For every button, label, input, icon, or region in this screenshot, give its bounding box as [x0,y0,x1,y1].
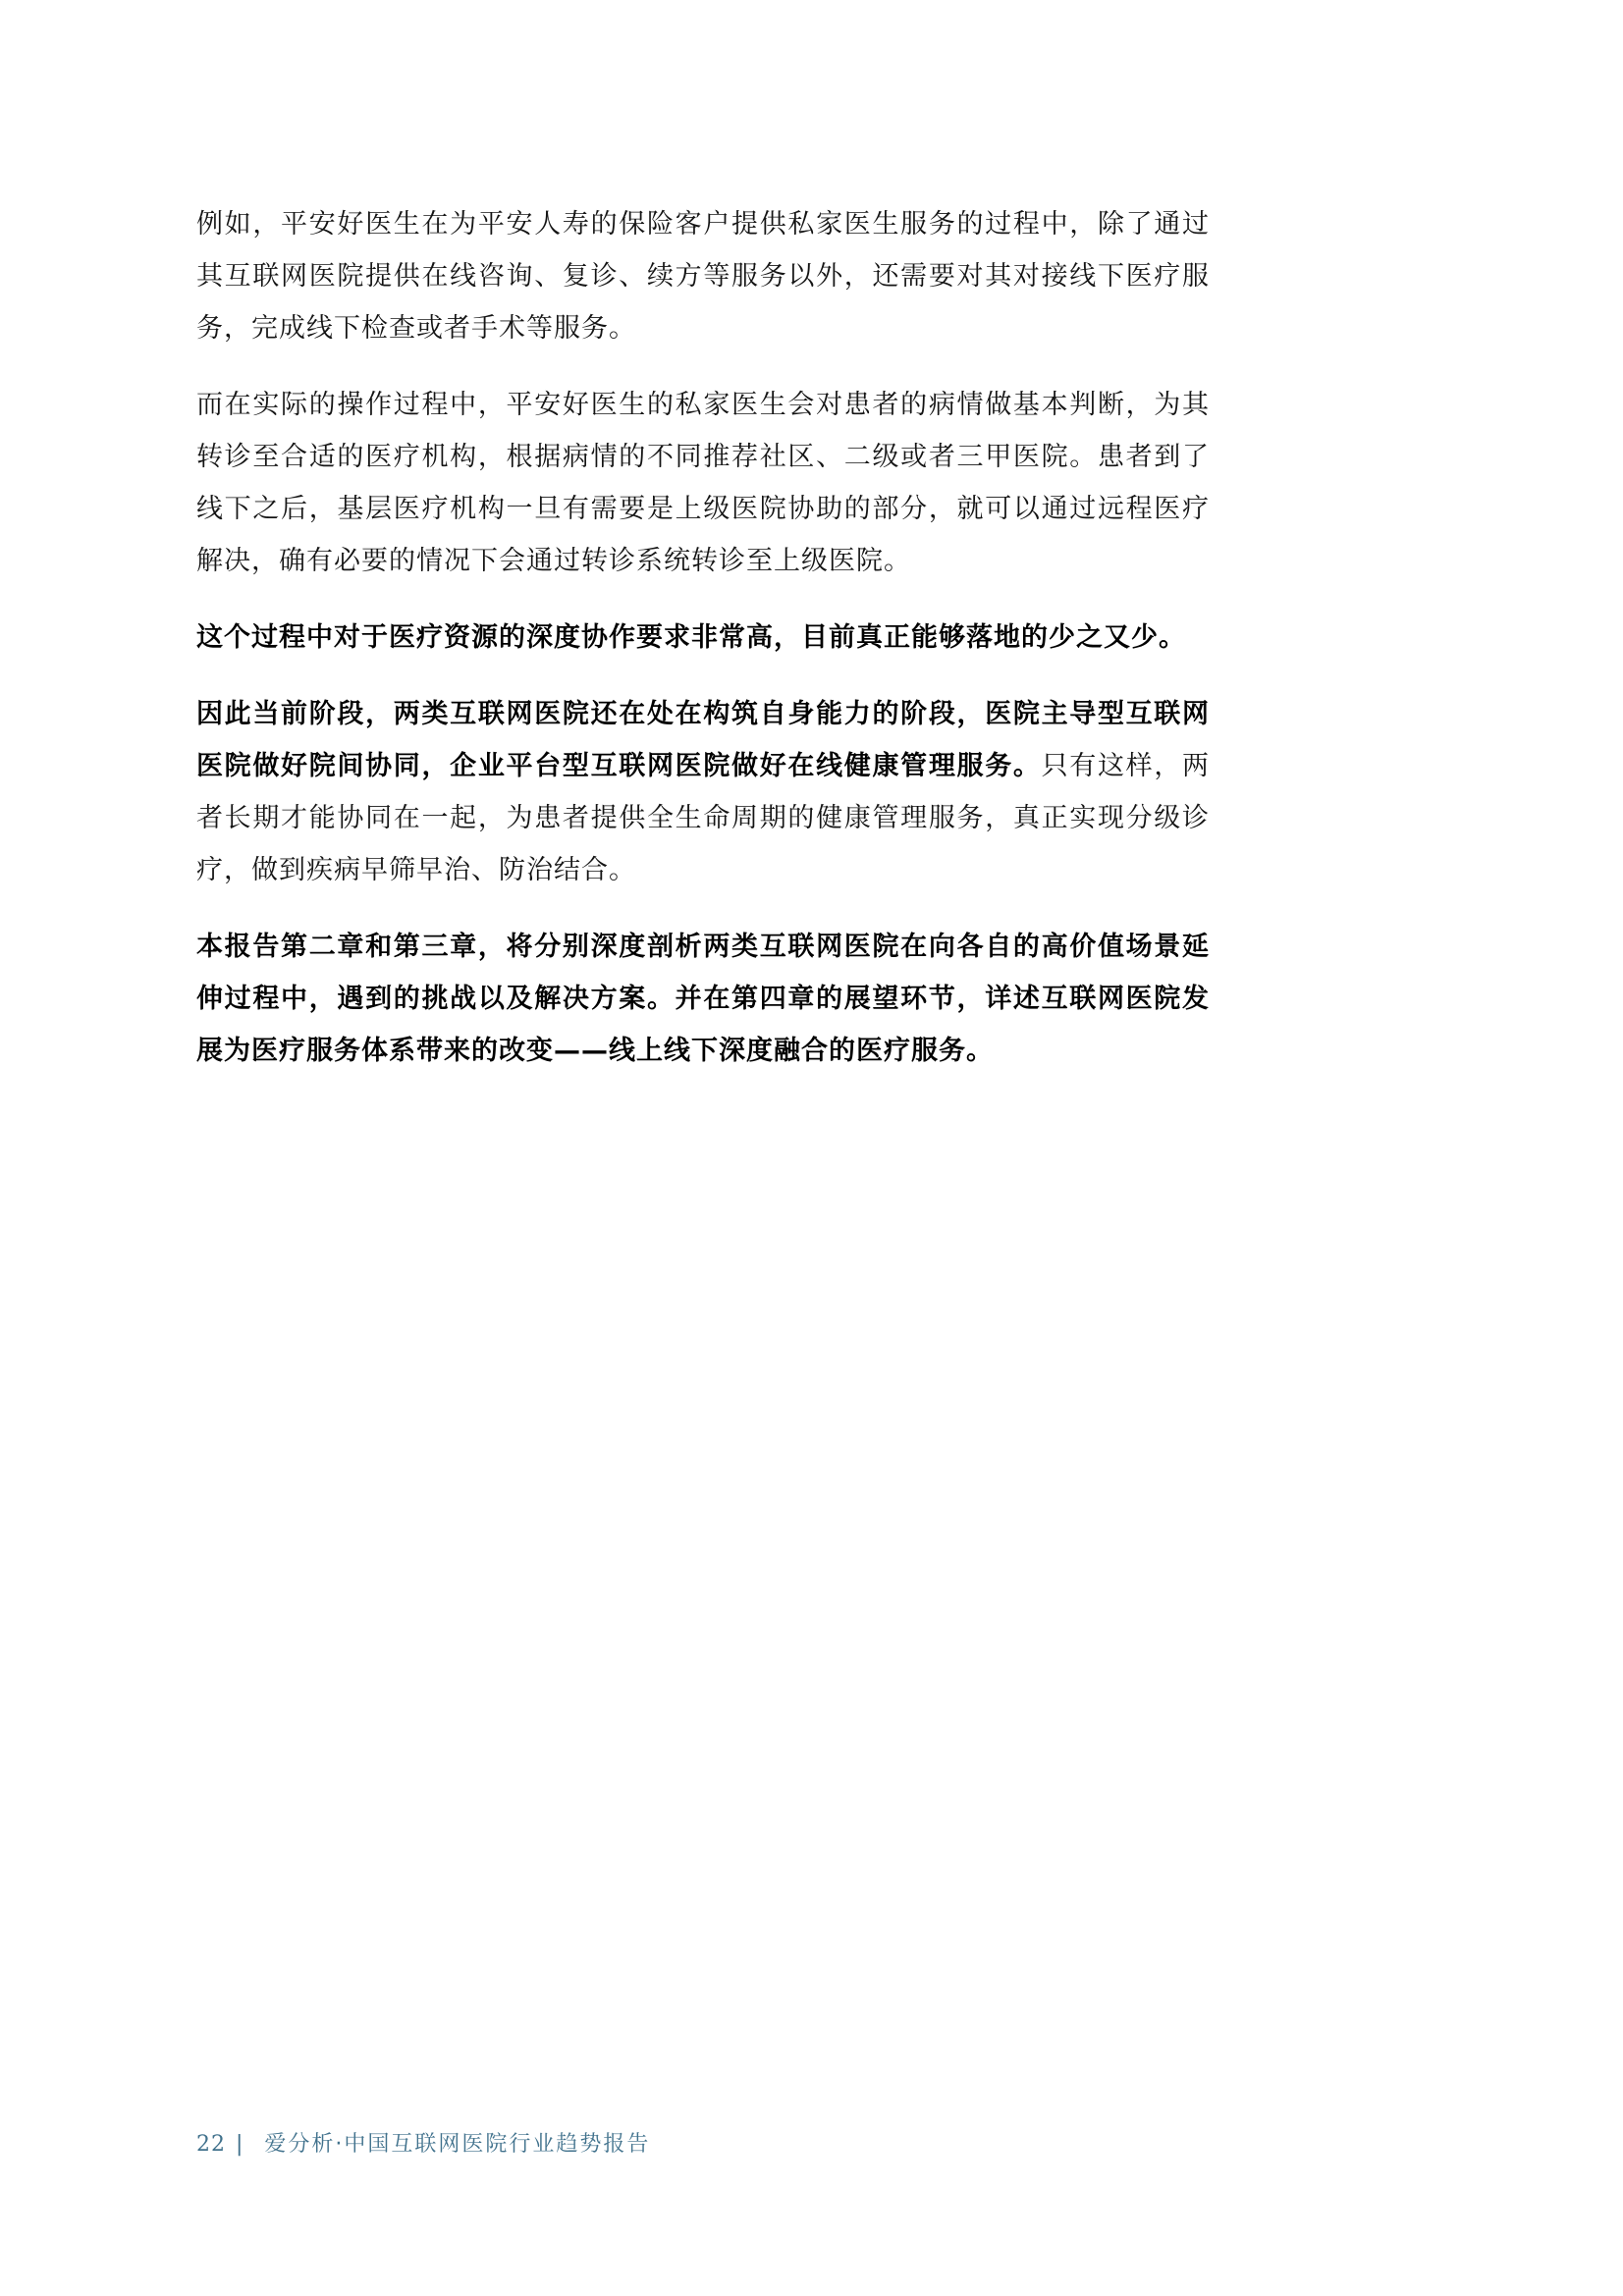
paragraph-example-pingan: 例如，平安好医生在为平安人寿的保险客户提供私家医生服务的过程中，除了通过其互联网… [196,198,1210,354]
footer-separator: | [236,2130,243,2160]
page-content: 例如，平安好医生在为平安人寿的保险客户提供私家医生服务的过程中，除了通过其互联网… [196,198,1210,1101]
paragraph-current-stage: 因此当前阶段，两类互联网医院还在处在构筑自身能力的阶段，医院主导型互联网医院做好… [196,688,1210,896]
paragraph-deep-collaboration: 这个过程中对于医疗资源的深度协作要求非常高，目前真正能够落地的少之又少。 [196,612,1210,664]
paragraph-referral-process: 而在实际的操作过程中，平安好医生的私家医生会对患者的病情做基本判断，为其转诊至合… [196,379,1210,587]
report-title: 爱分析·中国互联网医院行业趋势报告 [264,2132,650,2157]
page-number: 22 [196,2132,226,2157]
paragraph-report-outline: 本报告第二章和第三章，将分别深度剖析两类互联网医院在向各自的高价值场景延伸过程中… [196,921,1210,1077]
page-footer: 22|爱分析·中国互联网医院行业趋势报告 [196,2130,650,2160]
document-page: 例如，平安好医生在为平安人寿的保险客户提供私家医生服务的过程中，除了通过其互联网… [0,0,1623,2296]
